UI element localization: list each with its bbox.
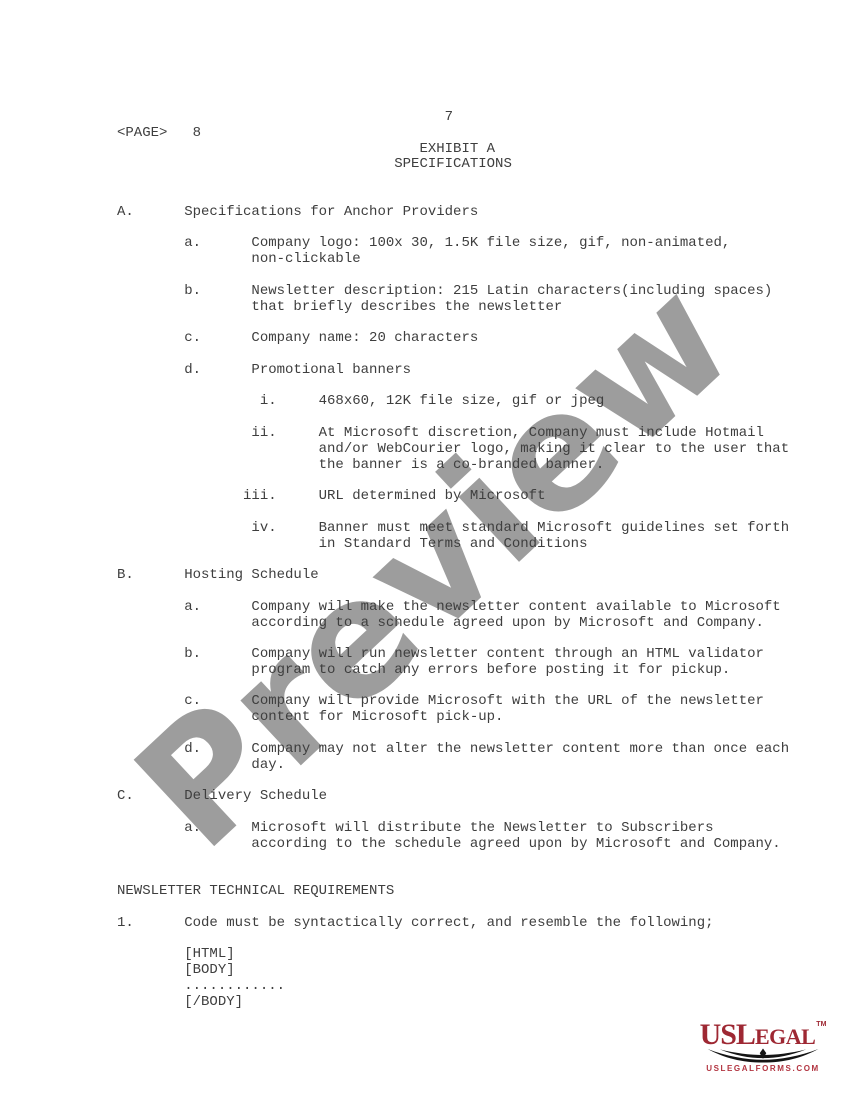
document-line	[117, 805, 789, 821]
wordmark-large-letters: USL	[700, 1018, 755, 1051]
document-line	[117, 868, 789, 884]
document-line: non-clickable	[117, 252, 789, 268]
document-line: content for Microsoft pick-up.	[117, 710, 789, 726]
uslegal-wordmark: USLEGALTM	[698, 1020, 828, 1050]
document-line	[117, 315, 789, 331]
document-line: [BODY]	[117, 963, 789, 979]
document-line: 7	[117, 110, 789, 126]
eagle-icon	[705, 1048, 821, 1063]
document-line: and/or WebCourier logo, making it clear …	[117, 442, 789, 458]
document-line: d. Company may not alter the newsletter …	[117, 742, 789, 758]
document-line	[117, 268, 789, 284]
document-line: 1. Code must be syntactically correct, a…	[117, 916, 789, 932]
document-line: a. Company logo: 100x 30, 1.5K file size…	[117, 236, 789, 252]
document-line: NEWSLETTER TECHNICAL REQUIREMENTS	[117, 884, 789, 900]
document-line	[117, 173, 789, 189]
document-body: 7<PAGE> 8 EXHIBIT A SPECIFICATIONSA. Spe…	[117, 110, 789, 1010]
document-line: according to a schedule agreed upon by M…	[117, 616, 789, 632]
document-line: in Standard Terms and Conditions	[117, 537, 789, 553]
document-line	[117, 189, 789, 205]
document-line: ii. At Microsoft discretion, Company mus…	[117, 426, 789, 442]
document-line: iv. Banner must meet standard Microsoft …	[117, 521, 789, 537]
document-line: b. Company will run newsletter content t…	[117, 647, 789, 663]
document-line: i. 468x60, 12K file size, gif or jpeg	[117, 394, 789, 410]
document-line	[117, 631, 789, 647]
document-line: [/BODY]	[117, 995, 789, 1011]
document-line: B. Hosting Schedule	[117, 568, 789, 584]
document-line	[117, 505, 789, 521]
document-line: iii. URL determined by Microsoft	[117, 489, 789, 505]
document-line: EXHIBIT A	[117, 142, 789, 158]
document-line: SPECIFICATIONS	[117, 157, 789, 173]
document-line: C. Delivery Schedule	[117, 789, 789, 805]
document-line	[117, 931, 789, 947]
uslegal-site-url: USLEGALFORMS.COM	[698, 1064, 828, 1073]
document-line	[117, 379, 789, 395]
document-line	[117, 473, 789, 489]
document-line: <PAGE> 8	[117, 126, 789, 142]
document-line: program to catch any errors before posti…	[117, 663, 789, 679]
document-line: a. Microsoft will distribute the Newslet…	[117, 821, 789, 837]
document-line	[117, 726, 789, 742]
document-line	[117, 552, 789, 568]
document-line: that briefly describes the newsletter	[117, 300, 789, 316]
document-line: d. Promotional banners	[117, 363, 789, 379]
document-line: day.	[117, 758, 789, 774]
document-line: c. Company name: 20 characters	[117, 331, 789, 347]
trademark-symbol: TM	[816, 1021, 826, 1028]
document-line	[117, 347, 789, 363]
document-line	[117, 773, 789, 789]
document-line	[117, 852, 789, 868]
wordmark-small-letters: EGAL	[755, 1024, 815, 1049]
document-line	[117, 410, 789, 426]
document-line	[117, 584, 789, 600]
document-line: c. Company will provide Microsoft with t…	[117, 694, 789, 710]
document-line: A. Specifications for Anchor Providers	[117, 205, 789, 221]
document-line: [HTML]	[117, 947, 789, 963]
document-line: a. Company will make the newsletter cont…	[117, 600, 789, 616]
document-line	[117, 900, 789, 916]
document-line: ............	[117, 979, 789, 995]
document-page: Preview 7<PAGE> 8 EXHIBIT A SPECIFICATIO…	[0, 0, 850, 1100]
uslegal-logo[interactable]: USLEGALTM USLEGALFORMS.COM	[698, 1020, 828, 1073]
document-line	[117, 221, 789, 237]
document-line: the banner is a co-branded banner.	[117, 458, 789, 474]
document-line: b. Newsletter description: 215 Latin cha…	[117, 284, 789, 300]
document-line	[117, 679, 789, 695]
document-line: according to the schedule agreed upon by…	[117, 837, 789, 853]
